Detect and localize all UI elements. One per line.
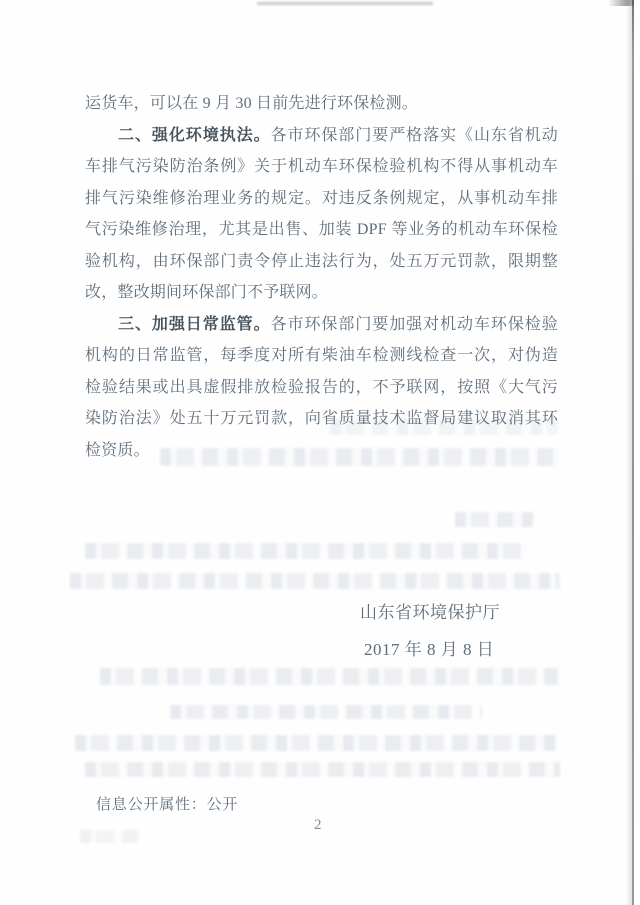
line-text: 检验结果或出具虚假排放检验报告的，不予联网，按照《大气污 xyxy=(85,379,558,396)
scan-page-edge-line xyxy=(632,0,634,905)
body-text-line: 二、强化环境执法。各市环保部门要严格落实《山东省机动 xyxy=(85,120,558,152)
line-text: 改，整改期间环保部门不予联网。 xyxy=(85,284,328,301)
body-text-line: 验机构，由环保部门责令停止违法行为，处五万元罚款，限期整 xyxy=(85,246,558,278)
line-text: 验机构，由环保部门责令停止违法行为，处五万元罚款，限期整 xyxy=(85,253,558,270)
body-text-line: 三、加强日常监管。各市环保部门要加强对机动车环保检验 xyxy=(85,309,558,341)
body-text-line: 运货车，可以在 9 月 30 日前先进行环保检测。 xyxy=(85,88,558,120)
line-text: 气污染维修治理，尤其是出售、加装 DPF 等业务的机动车环保检 xyxy=(85,221,558,238)
line-text: 运货车，可以在 9 月 30 日前先进行环保检测。 xyxy=(85,95,418,112)
bleed-through-artifact xyxy=(455,512,533,527)
signature-organization: 山东省环境保护厅 xyxy=(360,598,500,623)
bleed-through-artifact xyxy=(100,668,558,685)
scanned-document-page: 运货车，可以在 9 月 30 日前先进行环保检测。 二、强化环境执法。各市环保部… xyxy=(0,0,640,905)
body-text-line: 排气污染维修治理业务的规定。对违反条例规定，从事机动车排 xyxy=(85,183,558,215)
body-text-line: 车排气污染防治条例》关于机动车环保检验机构不得从事机动车 xyxy=(85,151,558,183)
line-text: 车排气污染防治条例》关于机动车环保检验机构不得从事机动车 xyxy=(85,158,558,175)
line-text: 各市环保部门要严格落实《山东省机动 xyxy=(271,127,558,144)
line-text: 各市环保部门要加强对机动车环保检验 xyxy=(271,316,558,333)
bleed-through-artifact xyxy=(80,830,138,843)
info-disclosure-label: 信息公开属性：公开 xyxy=(96,793,238,814)
body-text-line: 机构的日常监管，每季度对所有柴油车检测线检查一次，对伪造 xyxy=(85,340,558,372)
bleed-through-artifact xyxy=(70,573,560,589)
body-text-line: 改，整改期间环保部门不予联网。 xyxy=(85,277,558,309)
section-heading: 二、强化环境执法。 xyxy=(118,127,271,144)
body-text-line: 染防治法》处五十万元罚款，向省质量技术监督局建议取消其环 xyxy=(85,403,558,435)
body-text-line: 检资质。 xyxy=(85,435,558,467)
bleed-through-artifact xyxy=(75,735,557,751)
section-heading: 三、加强日常监管。 xyxy=(118,316,271,333)
bleed-through-artifact xyxy=(170,705,482,719)
body-text-line: 检验结果或出具虚假排放检验报告的，不予联网，按照《大气污 xyxy=(85,372,558,404)
document-body: 运货车，可以在 9 月 30 日前先进行环保检测。 二、强化环境执法。各市环保部… xyxy=(85,88,558,466)
page-number: 2 xyxy=(314,817,322,834)
line-text: 检资质。 xyxy=(85,442,150,459)
bleed-through-artifact xyxy=(85,543,527,559)
line-text: 染防治法》处五十万元罚款，向省质量技术监督局建议取消其环 xyxy=(85,410,558,427)
body-text-line: 气污染维修治理，尤其是出售、加装 DPF 等业务的机动车环保检 xyxy=(85,214,558,246)
bleed-through-artifact xyxy=(85,762,560,777)
signature-date: 2017 年 8 月 8 日 xyxy=(364,635,494,660)
scan-top-streak-artifact xyxy=(257,2,433,5)
line-text: 机构的日常监管，每季度对所有柴油车检测线检查一次，对伪造 xyxy=(85,347,558,364)
line-text: 排气污染维修治理业务的规定。对违反条例规定，从事机动车排 xyxy=(85,190,558,207)
